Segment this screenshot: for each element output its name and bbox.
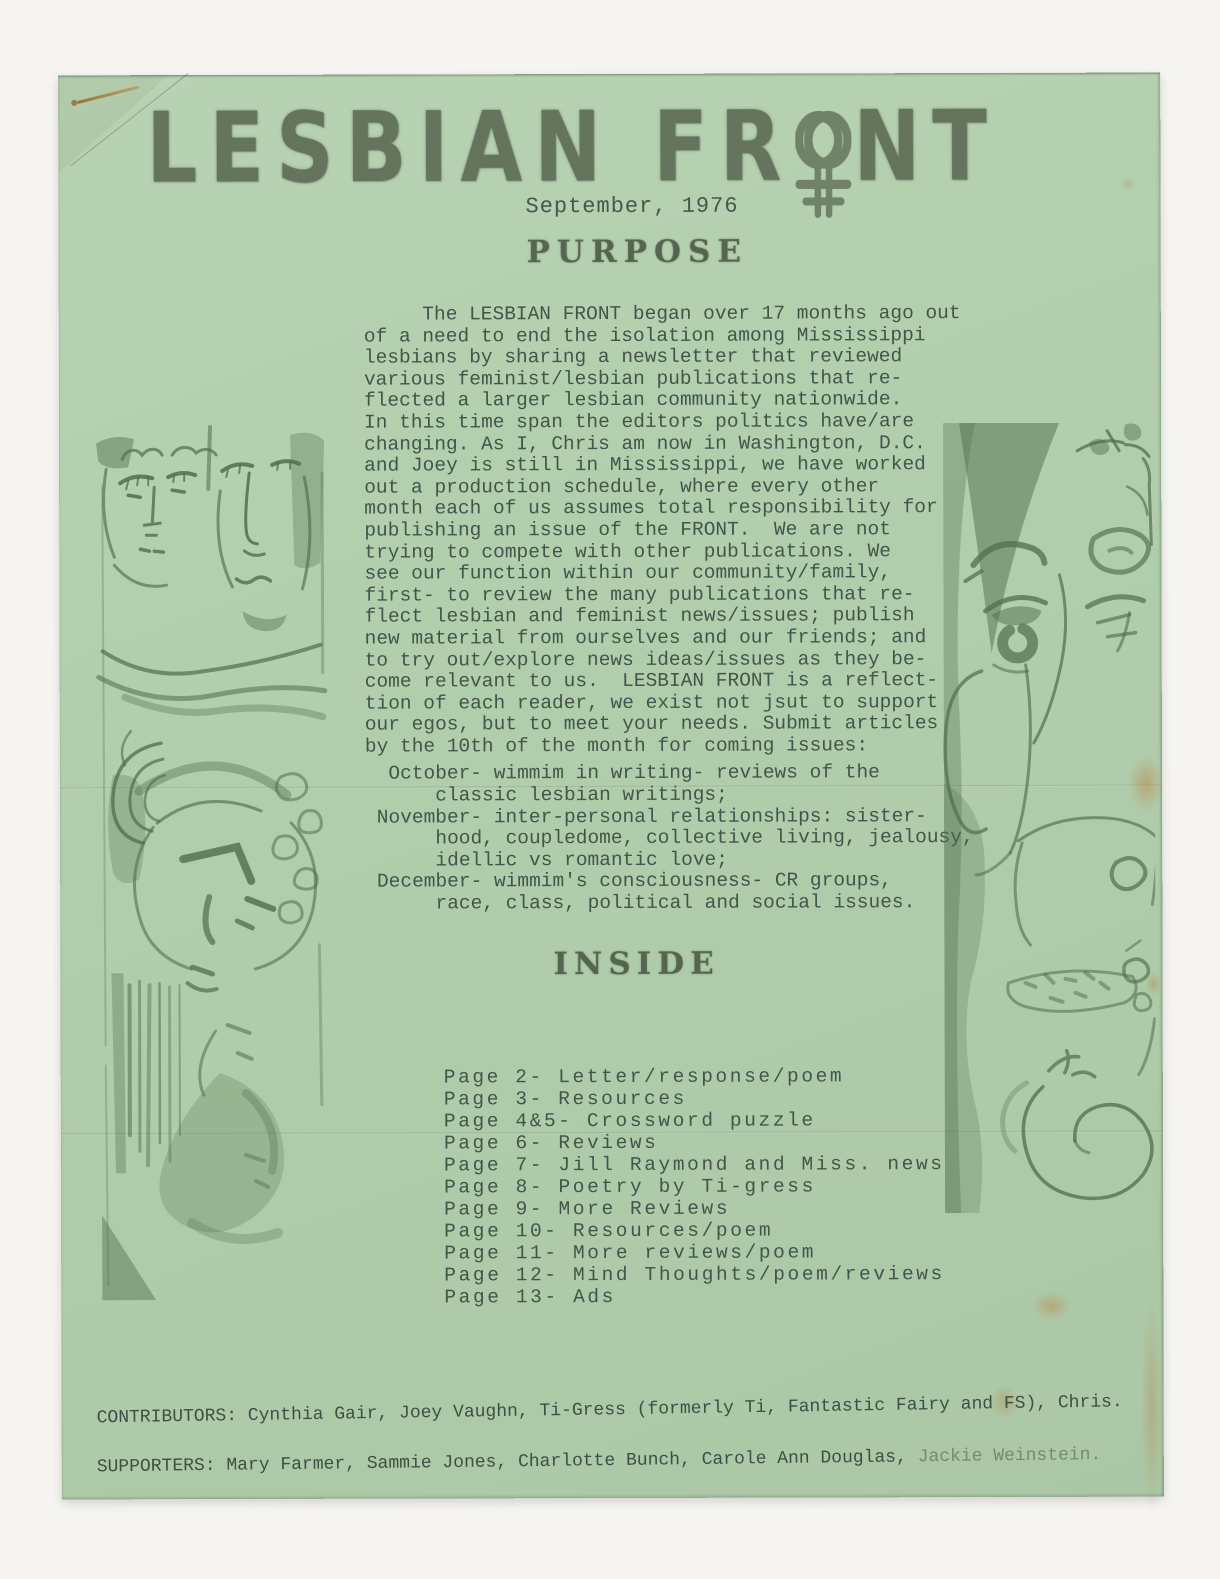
contributors-label: CONTRIBUTORS: <box>96 1406 237 1428</box>
inside-heading: INSIDE <box>553 946 719 982</box>
masthead-title-right: NT <box>853 89 999 203</box>
toc-item: Page 11- More reviews/poem <box>444 1241 945 1264</box>
upcoming-issues-schedule: October- wimmim in writing- reviews of t… <box>365 763 974 916</box>
table-of-contents: Page 2- Letter/response/poem Page 3- Res… <box>444 1065 945 1308</box>
contributors-line: CONTRIBUTORS: Cynthia Gair, Joey Vaughn,… <box>96 1392 1122 1428</box>
supporters-names-faded: Jackie Weinstein. <box>907 1445 1102 1467</box>
toc-item: Page 6- Reviews <box>444 1131 945 1154</box>
toc-item: Page 9- More Reviews <box>444 1197 945 1220</box>
stain <box>1120 177 1134 191</box>
newsletter-page: LESBIAN FR NT September, 1976 PURPOSE Th… <box>58 73 1164 1500</box>
issue-date: September, 1976 <box>525 194 738 220</box>
double-womens-symbol-icon <box>795 102 851 227</box>
toc-item: Page 12- Mind Thoughts/poem/reviews <box>444 1263 945 1286</box>
stain <box>1141 1303 1162 1513</box>
purpose-paragraph: The LESBIAN FRONT began over 17 months a… <box>364 303 974 758</box>
stain <box>1031 1291 1071 1321</box>
right-abstract-artwork <box>929 423 1156 1214</box>
toc-item: Page 4&5- Crossword puzzle <box>444 1109 945 1132</box>
toc-item: Page 7- Jill Raymond and Miss. news <box>444 1153 945 1176</box>
toc-item: Page 2- Letter/response/poem <box>444 1065 945 1088</box>
supporters-line: SUPPORTERS: Mary Farmer, Sammie Jones, C… <box>97 1445 1102 1477</box>
left-faces-artwork <box>94 425 331 1301</box>
toc-item: Page 8- Poetry by Ti-gress <box>444 1175 945 1198</box>
masthead-title-left: LESBIAN FR <box>146 90 793 205</box>
toc-item: Page 10- Resources/poem <box>444 1219 945 1242</box>
toc-item: Page 3- Resources <box>444 1087 945 1110</box>
contributors-names: Cynthia Gair, Joey Vaughn, Ti-Gress (for… <box>237 1392 1123 1426</box>
purpose-heading: PURPOSE <box>527 234 749 271</box>
scan-background: { "document": { "masthead": { "title_ful… <box>0 0 1220 1579</box>
purpose-section: The LESBIAN FRONT began over 17 months a… <box>364 303 974 915</box>
supporters-names: Mary Farmer, Sammie Jones, Charlotte Bun… <box>215 1447 907 1475</box>
supporters-label: SUPPORTERS: <box>97 1456 216 1477</box>
toc-item: Page 13- Ads <box>444 1285 945 1308</box>
